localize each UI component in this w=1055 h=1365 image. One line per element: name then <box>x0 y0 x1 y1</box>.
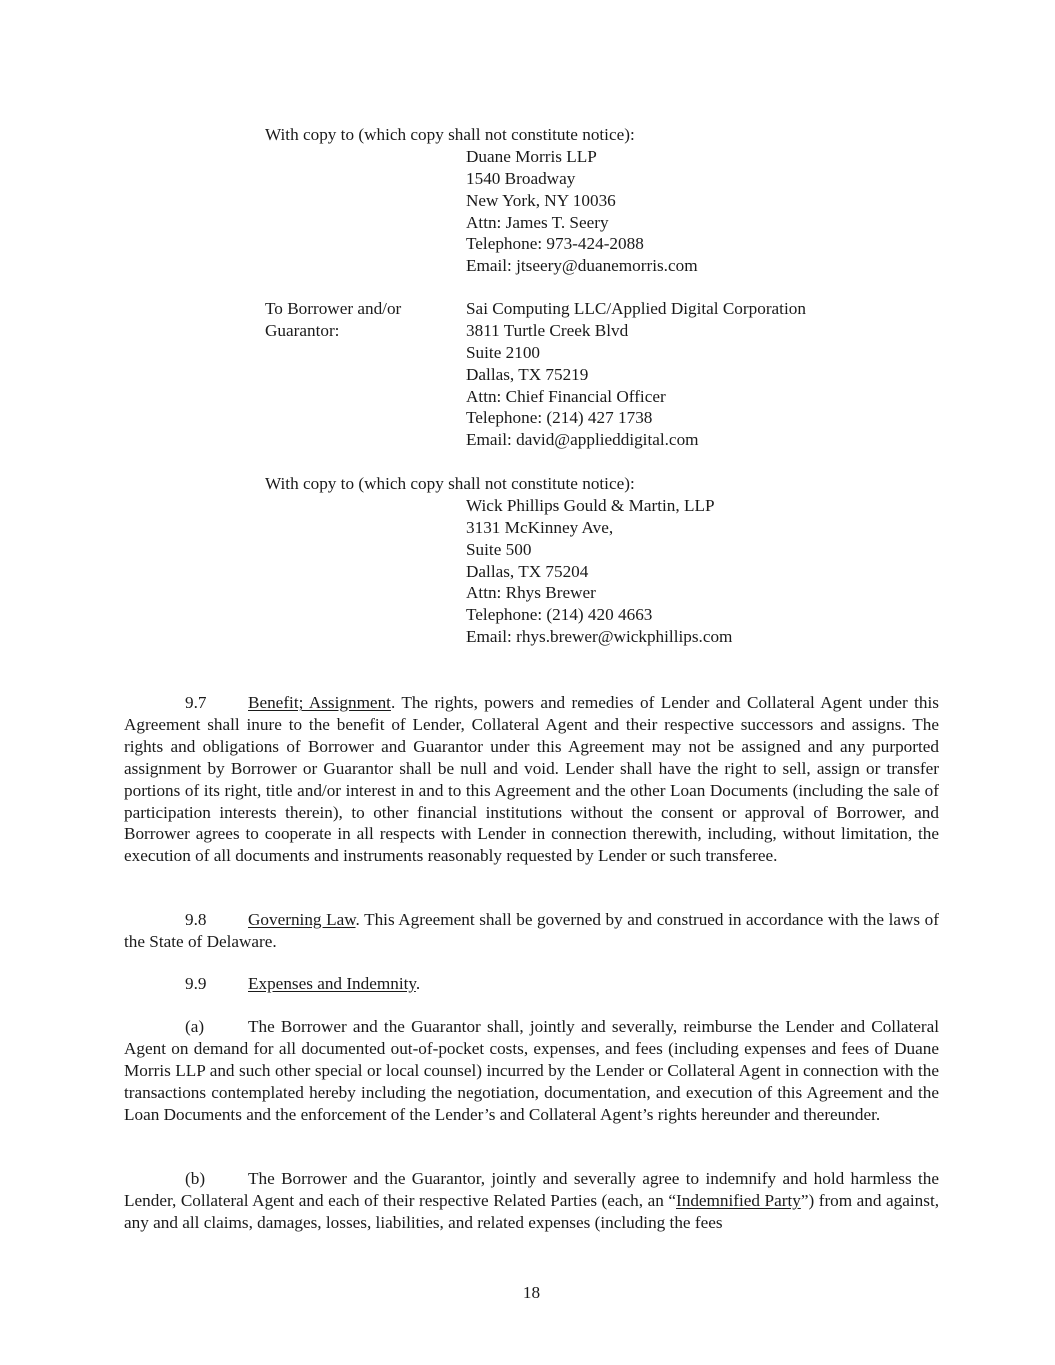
attn-line: Attn: James T. Seery <box>265 212 965 234</box>
section-title: Governing Law <box>248 910 356 929</box>
section-9-9-a: (a)The Borrower and the Guarantor shall,… <box>124 1016 939 1126</box>
attn-line: Attn: Chief Financial Officer <box>466 386 806 408</box>
email-line: Email: jtseery@duanemorris.com <box>265 255 965 277</box>
address-line: Suite 500 <box>265 539 965 561</box>
telephone-line: Telephone: 973-424-2088 <box>265 233 965 255</box>
section-number: 9.7 <box>124 692 248 714</box>
company-name: Wick Phillips Gould & Martin, LLP <box>265 495 965 517</box>
notice-heading: With copy to (which copy shall not const… <box>265 473 965 495</box>
notice-copy-wick-phillips: With copy to (which copy shall not const… <box>265 473 965 648</box>
notice-heading: With copy to (which copy shall not const… <box>265 124 965 146</box>
section-body: . <box>416 974 420 993</box>
section-body: . The rights, powers and remedies of Len… <box>124 693 939 865</box>
notice-copy-duane-morris: With copy to (which copy shall not const… <box>265 124 965 277</box>
address-line: New York, NY 10036 <box>265 190 965 212</box>
email-line: Email: rhys.brewer@wickphillips.com <box>265 626 965 648</box>
address-line: 1540 Broadway <box>265 168 965 190</box>
party-address: Sai Computing LLC/Applied Digital Corpor… <box>466 298 806 451</box>
section-number: 9.8 <box>124 909 248 931</box>
section-number: 9.9 <box>124 973 248 995</box>
email-line: Email: david@applieddigital.com <box>466 429 806 451</box>
attn-line: Attn: Rhys Brewer <box>265 582 965 604</box>
section-9-9: 9.9Expenses and Indemnity. <box>124 973 939 995</box>
address-line: Dallas, TX 75204 <box>265 561 965 583</box>
telephone-line: Telephone: (214) 420 4663 <box>265 604 965 626</box>
defined-term: Indemnified Party <box>676 1191 801 1210</box>
clause-number: (b) <box>124 1168 248 1190</box>
address-line: 3131 McKinney Ave, <box>265 517 965 539</box>
address-line: Suite 2100 <box>466 342 806 364</box>
party-label-line: To Borrower and/or <box>265 298 466 320</box>
clause-number: (a) <box>124 1016 248 1038</box>
company-name: Sai Computing LLC/Applied Digital Corpor… <box>466 298 806 320</box>
section-title: Expenses and Indemnity <box>248 974 416 993</box>
section-9-8: 9.8Governing Law. This Agreement shall b… <box>124 909 939 953</box>
section-9-9-b: (b)The Borrower and the Guarantor, joint… <box>124 1168 939 1234</box>
address-line: Duane Morris LLP <box>265 146 965 168</box>
notice-borrower-guarantor: To Borrower and/or Guarantor: Sai Comput… <box>265 298 965 451</box>
section-title: Benefit; Assignment <box>248 693 391 712</box>
party-label-line: Guarantor: <box>265 320 466 342</box>
address-line: Dallas, TX 75219 <box>466 364 806 386</box>
page-number: 18 <box>0 1282 1055 1304</box>
document-page: With copy to (which copy shall not const… <box>0 0 1055 1365</box>
party-label: To Borrower and/or Guarantor: <box>265 298 466 451</box>
section-9-7: 9.7Benefit; Assignment. The rights, powe… <box>124 692 939 867</box>
address-line: 3811 Turtle Creek Blvd <box>466 320 806 342</box>
telephone-line: Telephone: (214) 427 1738 <box>466 407 806 429</box>
